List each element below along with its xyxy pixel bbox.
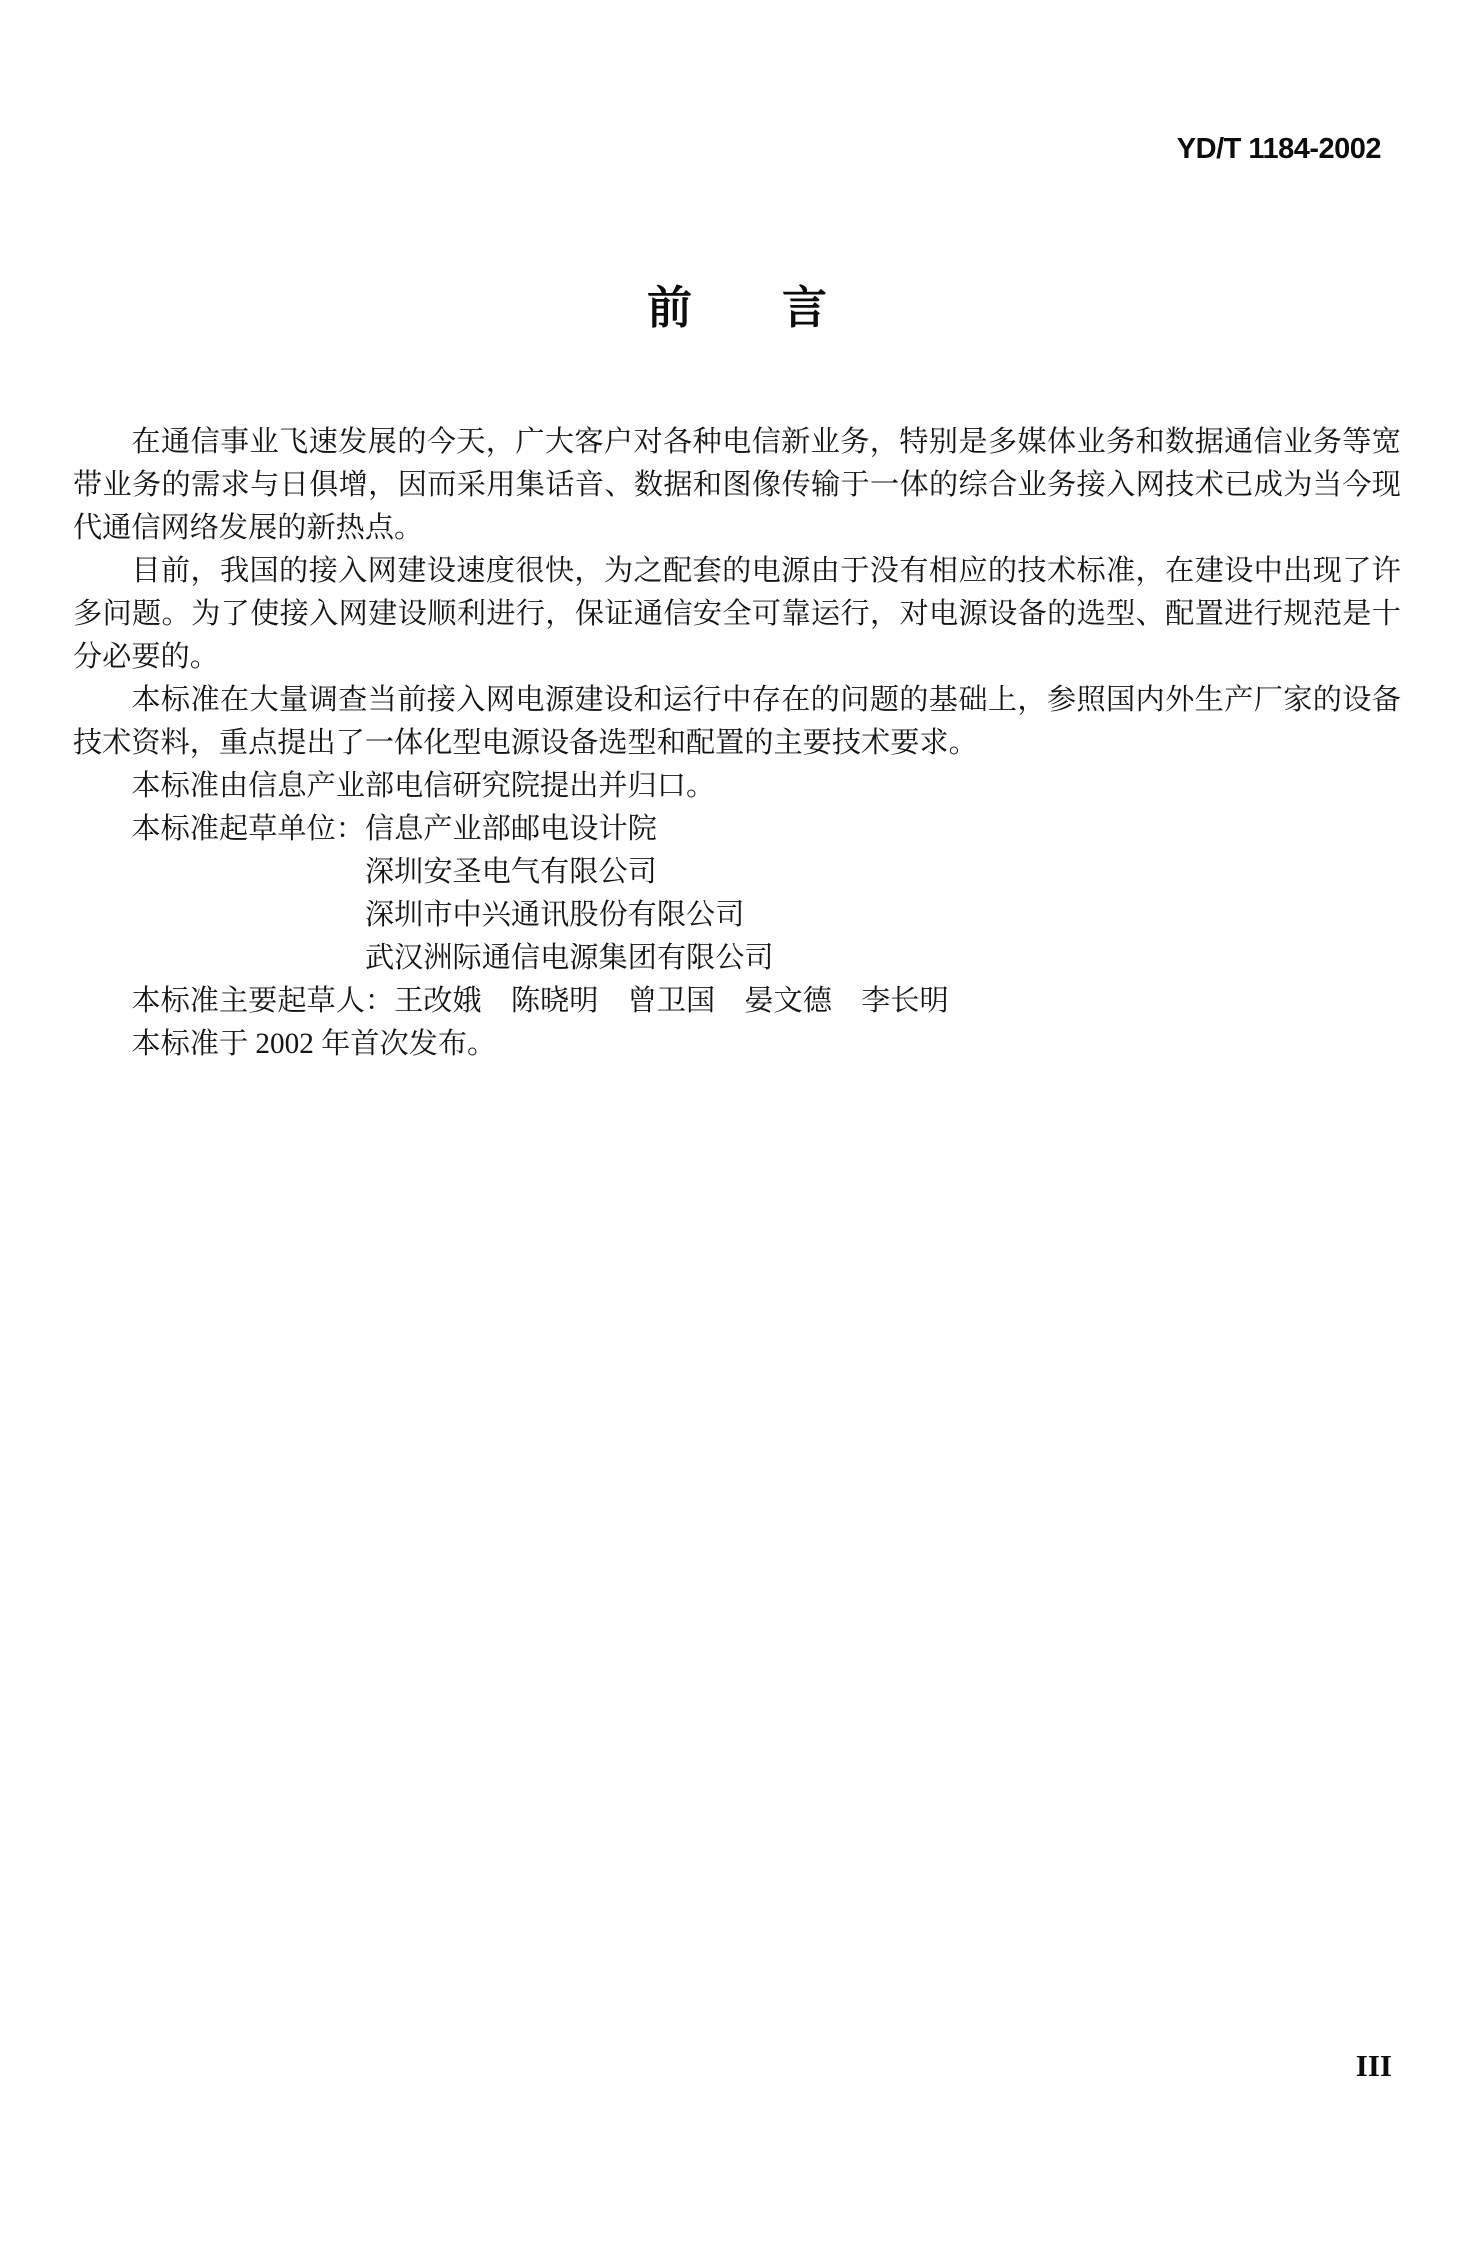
drafters-names: 王改娥 陈晓明 曾卫国 晏文德 李长明 (394, 985, 949, 1017)
drafting-units-label: 本标准起草单位： (131, 813, 365, 845)
foreword-paragraph-2: 目前，我国的接入网建设速度很快，为之配套的电源由于没有相应的技术标准，在建设中出… (73, 550, 1401, 679)
drafters-line: 本标准主要起草人：王改娥 陈晓明 曾卫国 晏文德 李长明 (73, 980, 1401, 1023)
drafting-unit-4: 武汉洲际通信电源集团有限公司 (73, 937, 1401, 980)
drafting-units-line: 本标准起草单位：信息产业部邮电设计院 (73, 808, 1401, 851)
document-page: YD/T 1184-2002 前 言 在通信事业飞速发展的今天，广大客户对各种电… (0, 0, 1474, 2244)
foreword-title: 前 言 (0, 283, 1474, 333)
foreword-body: 在通信事业飞速发展的今天，广大客户对各种电信新业务，特别是多媒体业务和数据通信业… (73, 421, 1401, 1066)
drafting-unit-3: 深圳市中兴通讯股份有限公司 (73, 894, 1401, 937)
foreword-paragraph-3: 本标准在大量调查当前接入网电源建设和运行中存在的问题的基础上，参照国内外生产厂家… (73, 679, 1401, 765)
proposed-by-line: 本标准由信息产业部电信研究院提出并归口。 (73, 765, 1401, 808)
first-published-line: 本标准于 2002 年首次发布。 (73, 1023, 1401, 1066)
drafters-label: 本标准主要起草人： (131, 985, 394, 1017)
drafting-unit-1: 信息产业部邮电设计院 (365, 813, 657, 845)
drafting-unit-2: 深圳安圣电气有限公司 (73, 851, 1401, 894)
foreword-paragraph-1: 在通信事业飞速发展的今天，广大客户对各种电信新业务，特别是多媒体业务和数据通信业… (73, 421, 1401, 550)
page-number: III (1356, 2048, 1392, 2084)
standard-code: YD/T 1184-2002 (1177, 133, 1381, 166)
